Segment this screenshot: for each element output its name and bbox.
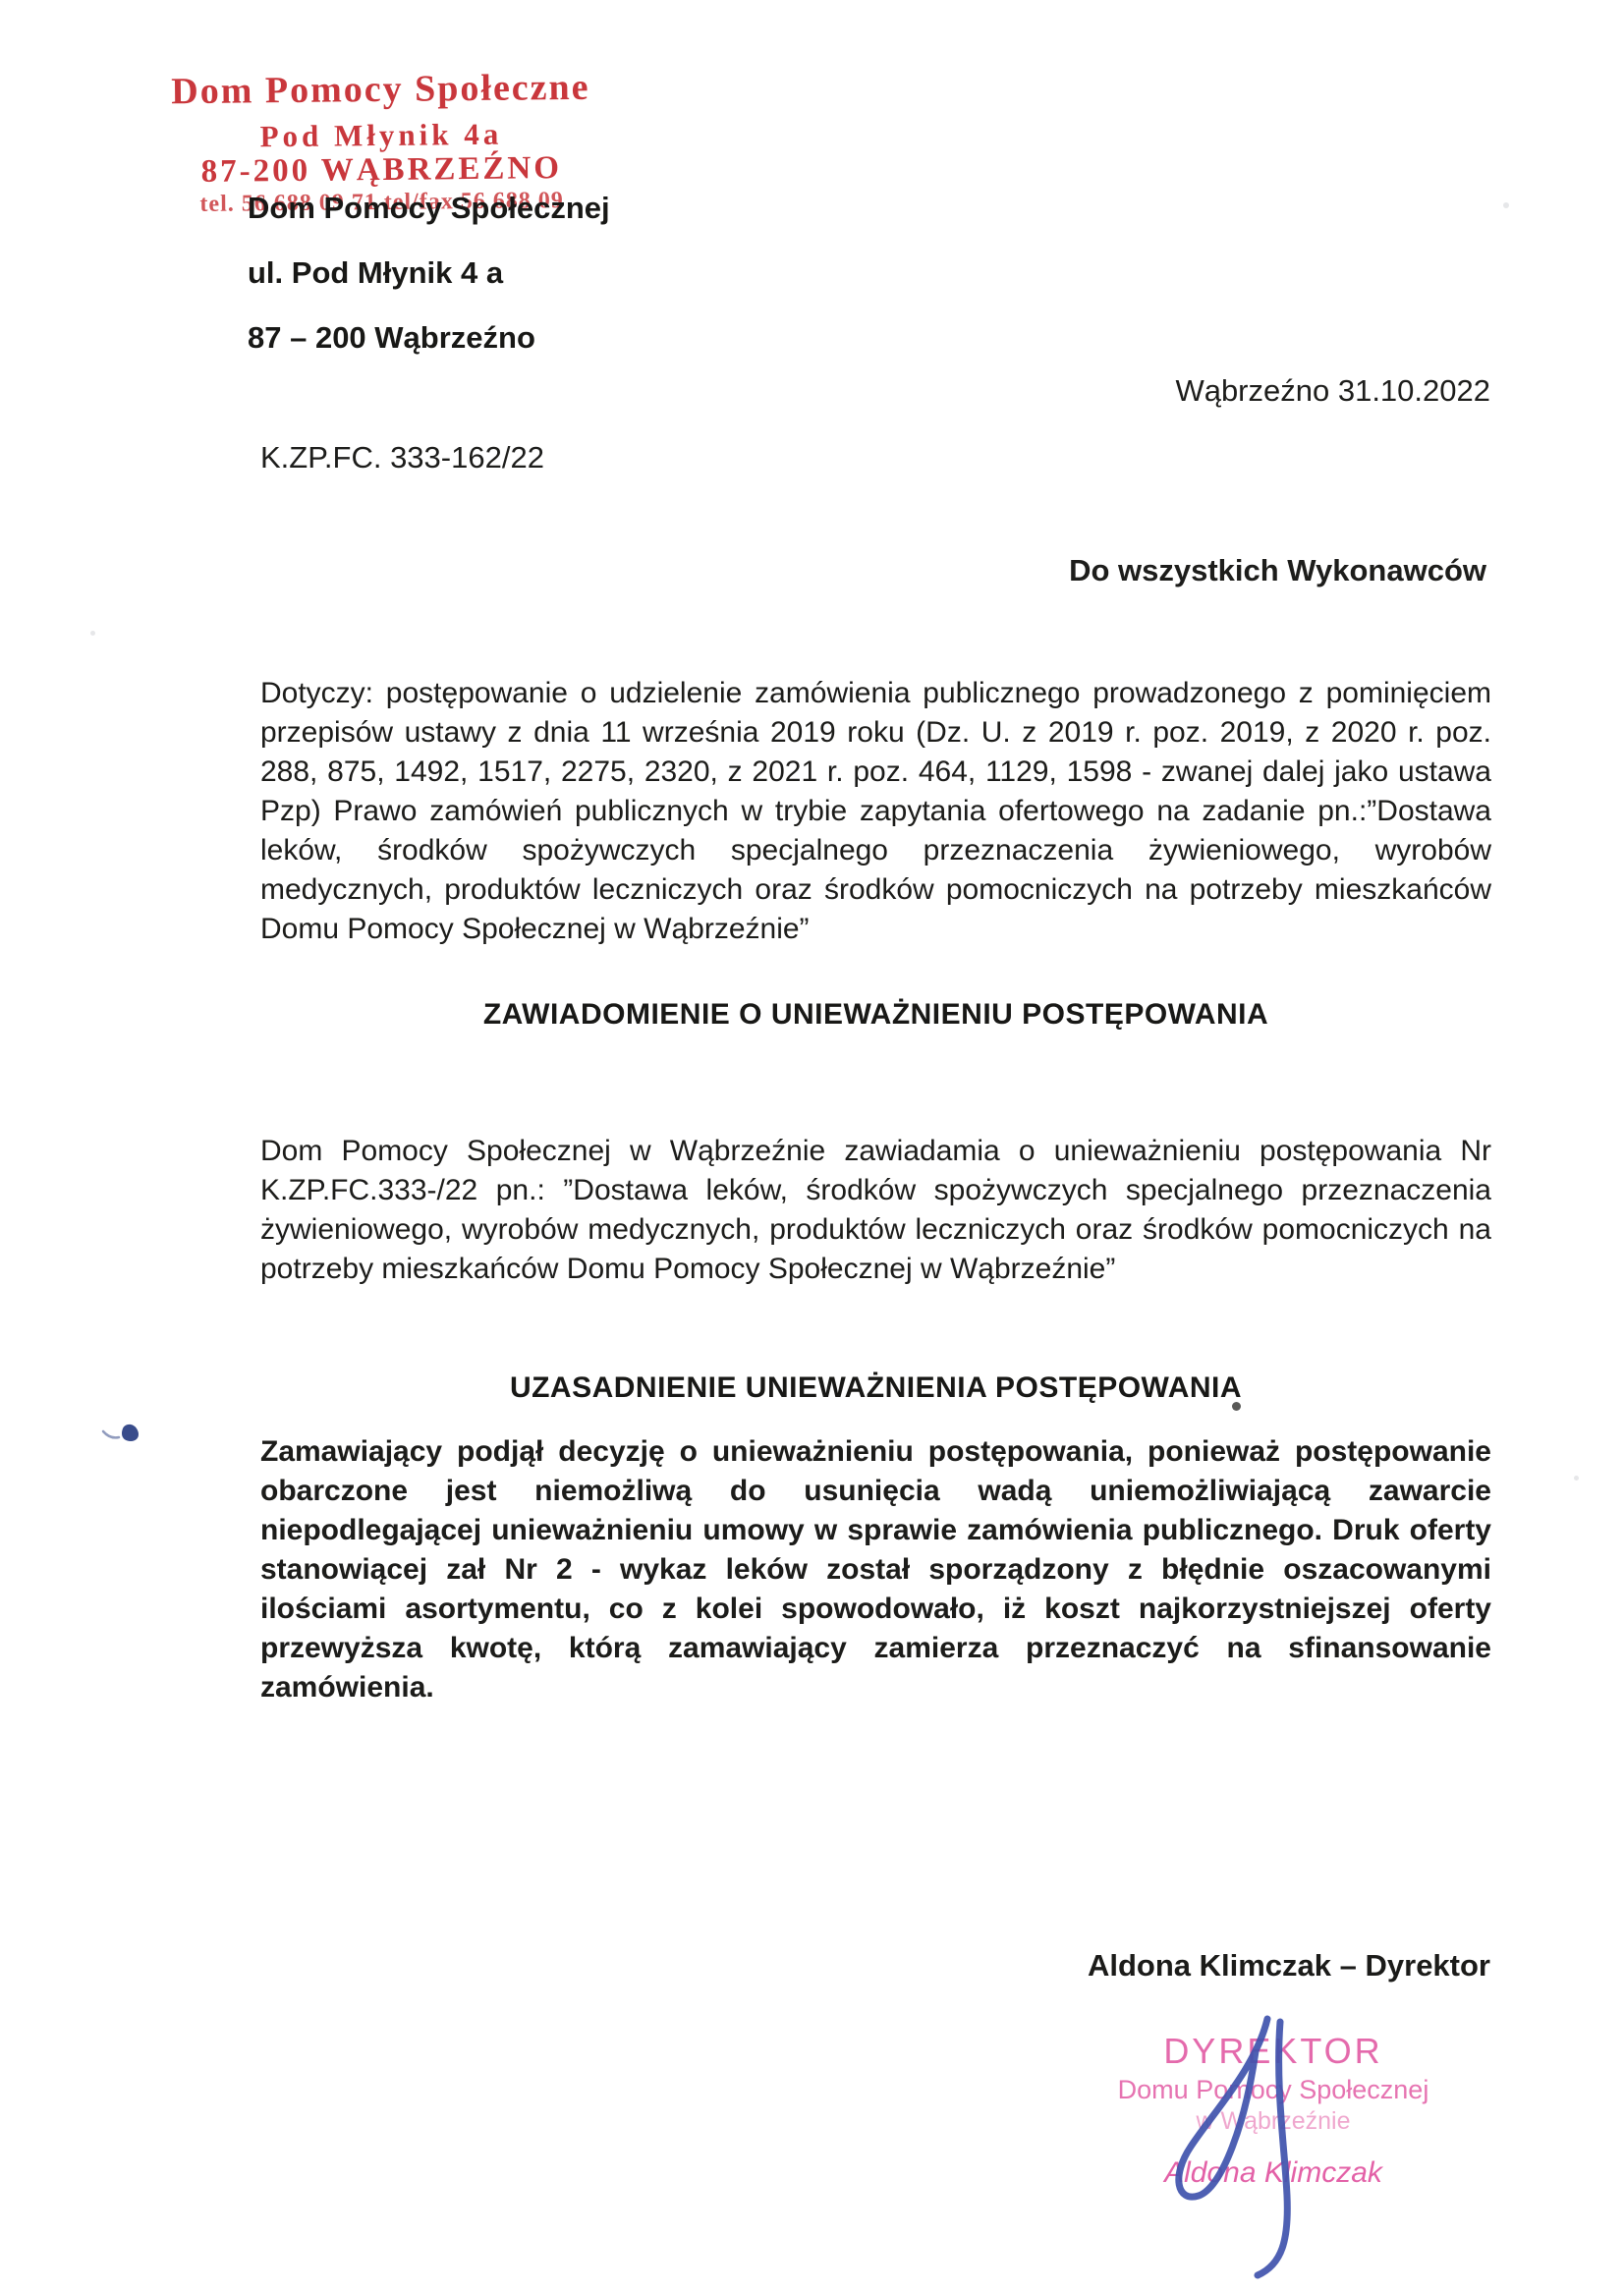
scan-speck: [1503, 202, 1509, 208]
justification-heading: UZASADNIENIE UNIEWAŻNIENIA POSTĘPOWANIA: [260, 1371, 1491, 1405]
reference-number: K.ZP.FC. 333-162/22: [260, 440, 544, 475]
scan-dot-artifact: [1232, 1402, 1241, 1411]
handwritten-signature: [1120, 1994, 1356, 2289]
scanned-letter-page: Dom Pomocy Społeczne Pod Młynik 4a 87-20…: [0, 0, 1624, 2292]
address-street: ul. Pod Młynik 4 a: [248, 255, 503, 291]
subject-paragraph: Dotyczy: postępowanie o udzielenie zamów…: [260, 674, 1491, 949]
address-city: 87 – 200 Wąbrzeźno: [248, 320, 535, 356]
stamp-org-name: Dom Pomocy Społeczne: [135, 66, 626, 114]
pen-mark-artifact: [93, 1413, 192, 1452]
scan-speck: [90, 631, 95, 636]
recipient-line: Do wszystkich Wykonawców: [1069, 553, 1486, 588]
place-and-date: Wąbrzeźno 31.10.2022: [1175, 373, 1490, 409]
signatory-name-title: Aldona Klimczak – Dyrektor: [1088, 1948, 1490, 1984]
stamp-street: Pod Młynik 4a: [136, 115, 627, 155]
notice-paragraph: Dom Pomocy Społecznej w Wąbrzeźnie zawia…: [260, 1132, 1491, 1289]
justification-paragraph: Zamawiający podjął decyzję o unieważnien…: [260, 1432, 1491, 1707]
notice-heading: ZAWIADOMIENIE O UNIEWAŻNIENIU POSTĘPOWAN…: [260, 998, 1491, 1032]
org-name: Dom Pomocy Społecznej: [248, 191, 610, 226]
stamp-city: 87-200 WĄBRZEŹNO: [136, 150, 627, 193]
scan-speck: [1574, 1476, 1579, 1481]
